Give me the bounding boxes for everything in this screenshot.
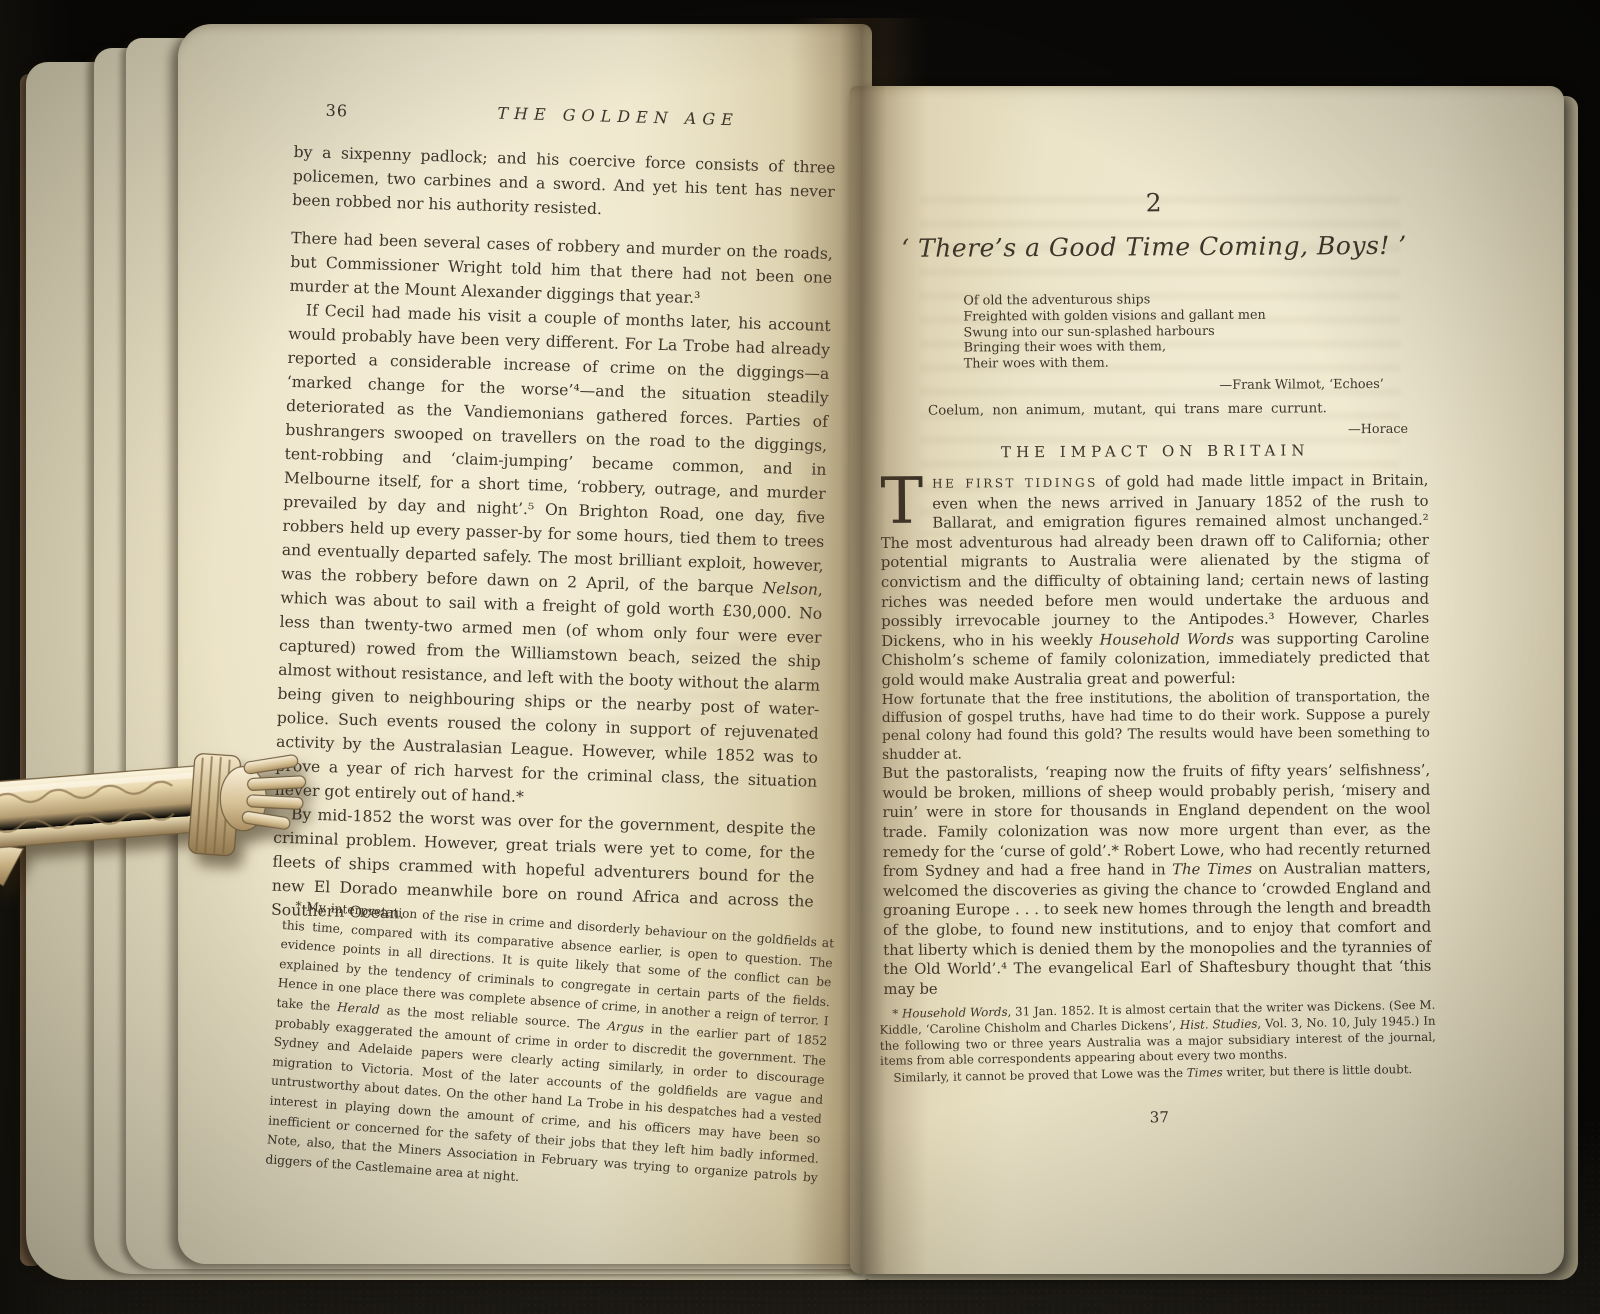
paragraph: THE FIRST TIDINGS of gold had made littl… [880,471,1429,691]
left-page-footnote: * My interpretation of the rise in crime… [265,896,835,1208]
paragraph: But the pastoralists, ‘reaping now the f… [882,761,1431,999]
left-page-header: 36 THE GOLDEN AGE [297,98,842,132]
epigraph-latin: Coelum, non animum, mutant, qui trans ma… [928,401,1428,419]
epigraph-poem: Of old the adventurous ships Freighted w… [963,291,1423,373]
drop-cap: T [880,477,923,533]
poem-line: Their woes with them. [964,354,1424,373]
right-page-number: 37 [884,1107,1434,1128]
running-head: THE GOLDEN AGE [297,98,842,132]
left-page-body: by a sixpenny padlock; and his coercive … [271,140,836,938]
open-book-photo: 36 THE GOLDEN AGE by a sixpenny padlock;… [0,0,1600,1314]
paragraph: by a sixpenny padlock; and his coercive … [292,140,836,228]
chapter-number: 2 [879,187,1429,219]
left-page-number: 36 [325,101,348,121]
silver-hand-bookmark-clip [0,732,312,909]
section-heading: THE IMPACT ON BRITAIN [880,441,1430,462]
paragraph-text: of gold had made little impact in Britai… [881,472,1430,689]
epigraph-latin-attribution: —Horace [964,422,1408,440]
paragraph: If Cecil had made his visit a couple of … [274,298,831,818]
bookmark-band [0,766,205,887]
chapter-title: ‘ There’s a Good Time Coming, Boys! ’ [851,230,1457,263]
right-page-body: THE FIRST TIDINGS of gold had made littl… [880,471,1431,1000]
left-page: 36 THE GOLDEN AGE by a sixpenny padlock;… [178,24,872,1264]
right-page: 2 ‘ There’s a Good Time Coming, Boys! ’ … [850,86,1564,1274]
footnote-paragraph: * Household Words, 31 Jan. 1852. It is a… [879,998,1436,1070]
block-quote: How fortunate that the free institutions… [882,687,1430,764]
right-page-footnote: * Household Words, 31 Jan. 1852. It is a… [879,998,1436,1087]
epigraph-attribution: —Frank Wilmot, ‘Echoes’ [964,377,1384,395]
small-caps-opening: HE FIRST TIDINGS [932,476,1098,491]
